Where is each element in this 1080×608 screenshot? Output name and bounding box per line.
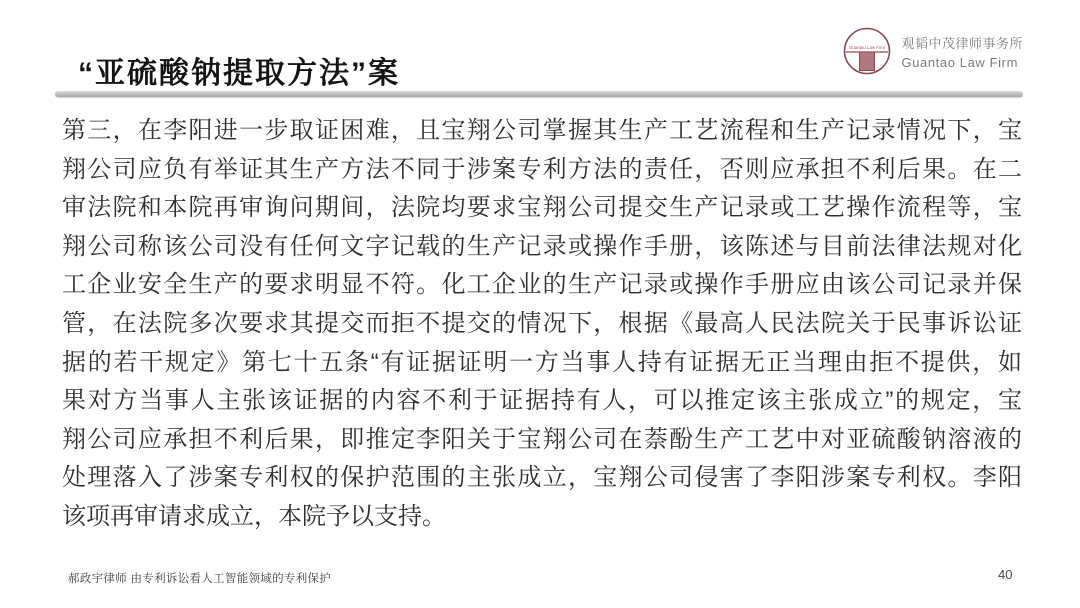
firm-name-en: Guantao Law Firm	[901, 55, 1023, 70]
paragraph-line: 第三，在李阳进一步取证困难，且宝翔公司掌握其生产工艺流程和生产记录情况下，宝	[62, 112, 1022, 151]
footer-credit: 郝政宇律师 由专利诉讼看人工智能领域的专利保护	[68, 570, 331, 586]
body-paragraph: 第三，在李阳进一步取证困难，且宝翔公司掌握其生产工艺流程和生产记录情况下，宝 翔…	[62, 112, 1022, 537]
firm-names: 观韬中茂律师事务所 Guantao Law Firm	[901, 33, 1023, 70]
slide: “亚硫酸钠提取方法”案 Guantao Law Firm 观韬中茂律师事务所 G…	[0, 0, 1080, 608]
paragraph-line: 管，在法院多次要求其提交而拒不提交的情况下，根据《最高人民法院关于民事诉讼证	[62, 305, 1022, 344]
page-title: “亚硫酸钠提取方法”案	[78, 48, 400, 92]
paragraph-line: 翔公司应负有举证其生产方法不同于涉案专利方法的责任，否则应承担不利后果。在二	[62, 151, 1022, 190]
paragraph-line: 果对方当事人主张该证据的内容不利于证据持有人，可以推定该主张成立”的规定，宝	[62, 382, 1022, 421]
paragraph-line: 处理落入了涉案专利权的保护范围的主张成立，宝翔公司侵害了李阳涉案专利权。李阳	[62, 459, 1022, 498]
firm-name-cn: 观韬中茂律师事务所	[901, 33, 1023, 52]
guantao-logo-icon: Guantao Law Firm	[842, 25, 892, 77]
paragraph-line: 审法院和本院再审询问期间，法院均要求宝翔公司提交生产记录或工艺操作流程等，宝	[62, 189, 1022, 228]
logo-mark-text: Guantao Law Firm	[849, 45, 885, 50]
paragraph-line: 据的若干规定》第七十五条“有证据证明一方当事人持有证据无正当理由拒不提供，如	[62, 344, 1022, 383]
paragraph-line: 翔公司应承担不利后果，即推定李阳关于宝翔公司在萘酚生产工艺中对亚硫酸钠溶液的	[62, 421, 1022, 460]
law-firm-logo: Guantao Law Firm 观韬中茂律师事务所 Guantao Law F…	[842, 25, 1023, 77]
paragraph-line: 翔公司称该公司没有任何文字记载的生产记录或操作手册，该陈述与目前法律法规对化	[62, 228, 1022, 267]
page-number: 40	[998, 567, 1012, 582]
header-divider	[55, 91, 1023, 97]
paragraph-line: 工企业安全生产的要求明显不符。化工企业的生产记录或操作手册应由该公司记录并保	[62, 266, 1022, 305]
paragraph-line: 该项再审请求成立，本院予以支持。	[62, 498, 1022, 537]
